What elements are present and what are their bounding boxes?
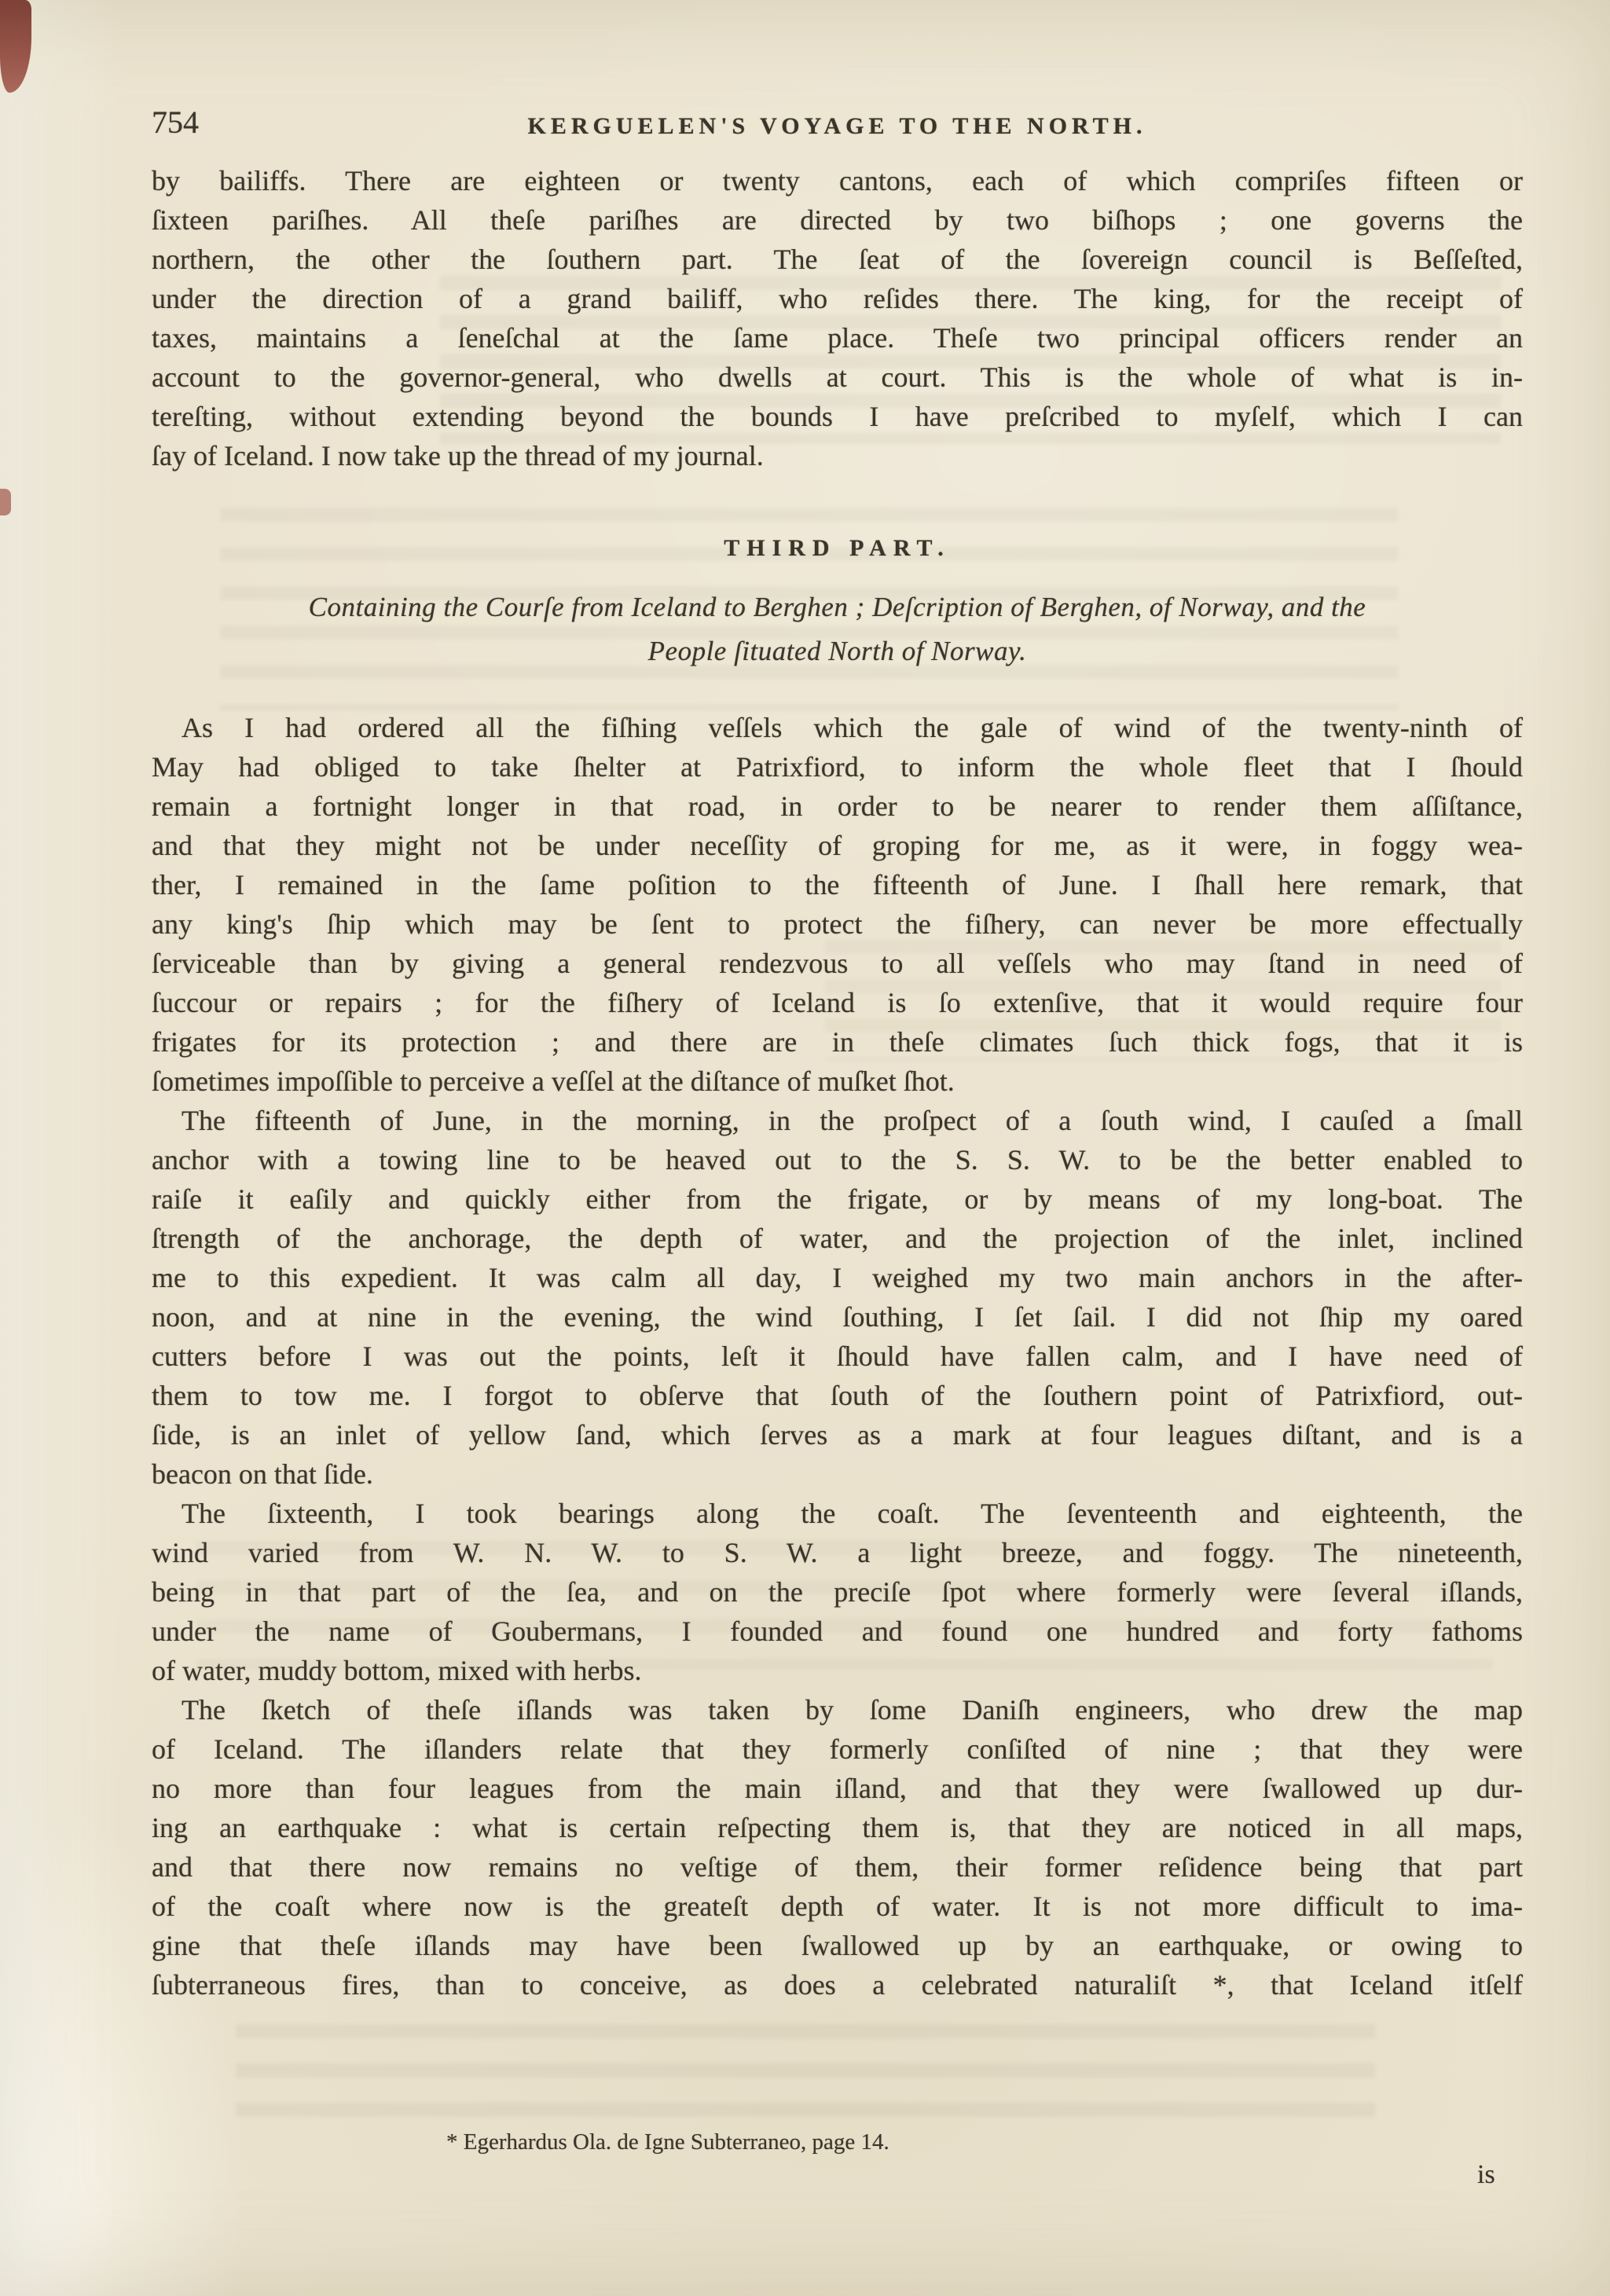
text-line: them to tow me. I forgot to obſerve that… <box>152 1376 1523 1415</box>
text-line: account to the governor-general, who dwe… <box>152 358 1523 397</box>
text-block: by bailiffs. There are eighteen or twent… <box>152 161 1523 2004</box>
text-line: of water, muddy bottom, mixed with herbs… <box>152 1651 1523 1690</box>
text-line: anchor with a towing line to be heaved o… <box>152 1140 1523 1179</box>
text-line: of the coaſt where now is the greateſt d… <box>152 1887 1523 1926</box>
text-line: being in that part of the ſea, and on th… <box>152 1572 1523 1612</box>
subtitle-line: Containing the Courſe from Iceland to Be… <box>152 585 1523 629</box>
text-line: The ſixteenth, I took bearings along the… <box>152 1494 1523 1533</box>
text-line: no more than four leagues from the main … <box>152 1769 1523 1808</box>
running-title: KERGUELEN'S VOYAGE TO THE NORTH. <box>152 108 1523 145</box>
subtitle-line: People ſituated North of Norway. <box>152 629 1523 673</box>
text-line: any king's ſhip which may be ſent to pro… <box>152 904 1523 944</box>
text-line: remain a fortnight longer in that road, … <box>152 787 1523 826</box>
text-line: frigates for its protection ; and there … <box>152 1022 1523 1062</box>
text-line: ſubterraneous fires, than to conceive, a… <box>152 1965 1523 2004</box>
red-edge-dot <box>0 489 11 515</box>
text-line: ſometimes impoſſible to perceive a veſſe… <box>152 1062 1523 1101</box>
text-line: under the direction of a grand bailiff, … <box>152 279 1523 318</box>
text-line: The fifteenth of June, in the morning, i… <box>152 1101 1523 1140</box>
text-line: tereſting, without extending beyond the … <box>152 397 1523 436</box>
footnote: * Egerhardus Ola. de Igne Subterraneo, p… <box>446 2125 889 2158</box>
text-line: ſerviceable than by giving a general ren… <box>152 944 1523 983</box>
red-corner-mark <box>0 0 31 93</box>
text-line: ing an earthquake : what is certain reſp… <box>152 1808 1523 1847</box>
text-line: noon, and at nine in the evening, the wi… <box>152 1297 1523 1337</box>
catchword: is <box>1477 2158 1495 2192</box>
paragraph: The ſketch of theſe iſlands was taken by… <box>152 1690 1523 2004</box>
text-line: gine that theſe iſlands may have been ſw… <box>152 1926 1523 1965</box>
paragraph: The fifteenth of June, in the morning, i… <box>152 1101 1523 1494</box>
text-line: raiſe it eaſily and quickly either from … <box>152 1179 1523 1219</box>
text-line: me to this expedient. It was calm all da… <box>152 1258 1523 1297</box>
text-line: As I had ordered all the fiſhing veſſels… <box>152 708 1523 747</box>
section-subtitle: Containing the Courſe from Iceland to Be… <box>152 585 1523 673</box>
text-line: cutters before I was out the points, leſ… <box>152 1337 1523 1376</box>
text-line: ther, I remained in the ſame poſition to… <box>152 865 1523 904</box>
text-line: under the name of Goubermans, I founded … <box>152 1612 1523 1651</box>
text-line: of Iceland. The iſlanders relate that th… <box>152 1729 1523 1769</box>
paragraph: The ſixteenth, I took bearings along the… <box>152 1494 1523 1690</box>
text-line: by bailiffs. There are eighteen or twent… <box>152 161 1523 200</box>
paragraph: As I had ordered all the fiſhing veſſels… <box>152 708 1523 1101</box>
text-line: ſay of Iceland. I now take up the thread… <box>152 436 1523 475</box>
text-line: ſixteen pariſhes. All theſe pariſhes are… <box>152 200 1523 240</box>
text-line: wind varied from W. N. W. to S. W. a lig… <box>152 1533 1523 1572</box>
paragraph: by bailiffs. There are eighteen or twent… <box>152 161 1523 475</box>
text-line: ſtrength of the anchorage, the depth of … <box>152 1219 1523 1258</box>
text-line: and that there now remains no veſtige of… <box>152 1847 1523 1887</box>
text-line: The ſketch of theſe iſlands was taken by… <box>152 1690 1523 1729</box>
part-heading: THIRD PART. <box>152 530 1523 567</box>
text-line: and that they might not be under neceſſi… <box>152 826 1523 865</box>
text-line: May had obliged to take ſhelter at Patri… <box>152 747 1523 787</box>
text-line: taxes, maintains a ſeneſchal at the ſame… <box>152 318 1523 358</box>
bleed-through-texture <box>236 2012 1375 2125</box>
text-line: ſide, is an inlet of yellow ſand, which … <box>152 1415 1523 1454</box>
text-line: northern, the other the ſouthern part. T… <box>152 240 1523 279</box>
text-line: ſuccour or repairs ; for the fiſhery of … <box>152 983 1523 1022</box>
text-line: beacon on that ſide. <box>152 1454 1523 1494</box>
book-page: 754 KERGUELEN'S VOYAGE TO THE NORTH. by … <box>0 0 1610 2296</box>
